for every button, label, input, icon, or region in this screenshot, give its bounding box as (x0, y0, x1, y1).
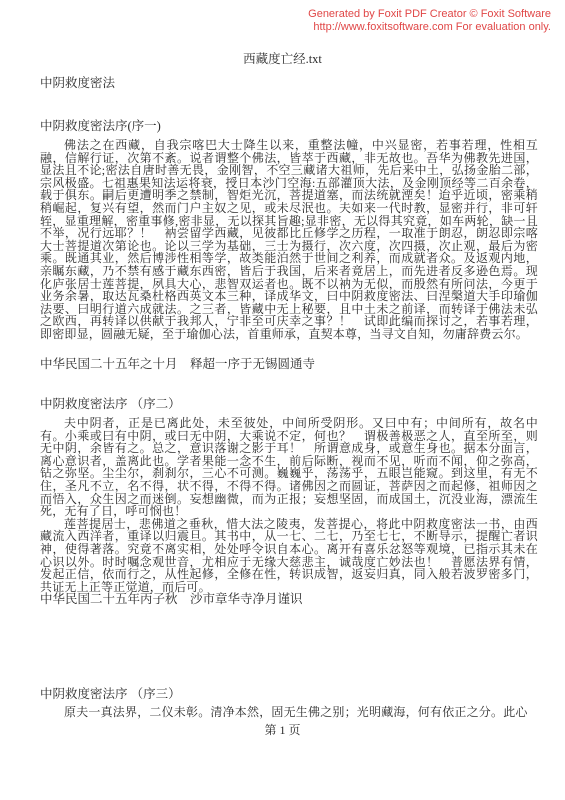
section1-paragraph: 佛法之在西藏，自我宗喀巴大士降生以来，重整法幢，中兴显密，若事若理，性相互融，信… (40, 139, 538, 341)
section1-header: 中阴救度密法序(序一) (40, 116, 161, 134)
section2-signoff: 中华民国二十五年丙子秋 沙市章华寺净月谨识 (40, 589, 303, 607)
document-title: 西藏度亡经.txt (0, 49, 565, 67)
section2-header: 中阴救度密法序 （序二） (40, 394, 181, 412)
document-heading: 中阴救度密法 (40, 73, 115, 91)
section3-paragraph: 原夫一真法界，二仪未彰。清净本然，固无生佛之别；光明藏海，何有依正之分。此心 (40, 706, 538, 719)
section2-paragraph-1: 夫中阴者，正是已离此处，未至彼处，中间所受阴形。又曰中有；中间所有，故名中有。小… (40, 417, 538, 518)
section2-paragraph-2: 莲菩提居士，悲佛道之垂秋，惜大法之陵夷，发菩提心，将此中阴救度密法一书，由西藏流… (40, 518, 538, 594)
section1-signoff: 中华民国二十五年之十月 释超一序于无锡圆通寺 (40, 354, 315, 372)
section2-body: 夫中阴者，正是已离此处，未至彼处，中间所受阴形。又曰中有；中间所有，故名中有。小… (40, 417, 538, 593)
section1-body: 佛法之在西藏，自我宗喀巴大士降生以来，重整法幢，中兴显密，若事若理，性相互融，信… (40, 139, 538, 341)
watermark-line1: Generated by Foxit PDF Creator © Foxit S… (308, 8, 551, 21)
section3-body: 原夫一真法界，二仪未彰。清净本然，固无生佛之别；光明藏海，何有依正之分。此心 (40, 706, 538, 719)
section3-header: 中阴救度密法序 （序三） (40, 684, 181, 702)
watermark-line2: http://www.foxitsoftware.com For evaluat… (308, 21, 551, 34)
pdf-page: Generated by Foxit PDF Creator © Foxit S… (0, 0, 565, 800)
page-number-footer: 第 1 页 (0, 721, 565, 738)
foxit-watermark: Generated by Foxit PDF Creator © Foxit S… (308, 8, 551, 34)
